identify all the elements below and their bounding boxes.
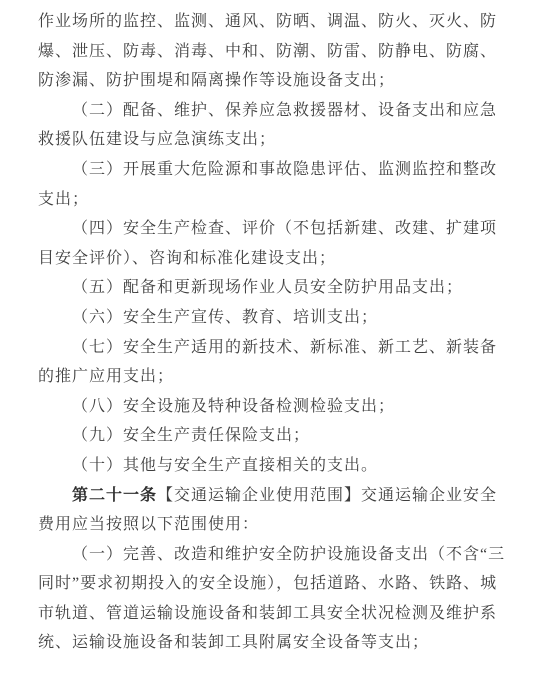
article-heading-rest: 交通运输企业安全: [361, 487, 497, 504]
list-item-6-line: （六）安全生产宣传、教育、培训支出；: [38, 303, 500, 333]
text-line: 目安全评价）、咨询和标准化建设支出；: [38, 244, 500, 274]
text-line: 作业场所的监控、监测、通风、防晒、调温、防火、灭火、防: [38, 7, 500, 37]
article-21-heading-line: 第二十一条【交通运输企业使用范围】交通运输企业安全: [38, 481, 500, 511]
list-item-1-line: （一）完善、改造和维护安全防护设施设备支出（不含“三: [38, 540, 500, 570]
list-item-7-line: （七）安全生产适用的新技术、新标准、新工艺、新装备: [38, 333, 500, 363]
text-line: 支出；: [38, 185, 500, 215]
list-item-4-line: （四）安全生产检查、评价（不包括新建、改建、扩建项: [38, 214, 500, 244]
article-number: 第二十一条: [72, 487, 157, 504]
text-line: 统、运输设施设备和装卸工具附属安全设备等支出；: [38, 628, 500, 658]
list-item-8-line: （八）安全设施及特种设备检测检验支出；: [38, 392, 500, 422]
text-line: 市轨道、管道运输设施设备和装卸工具安全状况检测及维护系: [38, 599, 500, 629]
text-line: 同时”要求初期投入的安全设施），包括道路、水路、铁路、城: [38, 569, 500, 599]
article-bracket-title: 【交通运输企业使用范围】: [157, 487, 361, 504]
list-item-5-line: （五）配备和更新现场作业人员安全防护用品支出；: [38, 273, 500, 303]
document-page: 作业场所的监控、监测、通风、防晒、调温、防火、灭火、防 爆、泄压、防毒、消毒、中…: [0, 0, 535, 676]
text-line: 救援队伍建设与应急演练支出；: [38, 125, 500, 155]
text-line: 爆、泄压、防毒、消毒、中和、防潮、防雷、防静电、防腐、: [38, 37, 500, 67]
list-item-9-line: （九）安全生产责任保险支出；: [38, 421, 500, 451]
list-item-10-line: （十）其他与安全生产直接相关的支出。: [38, 451, 500, 481]
document-text-block: 作业场所的监控、监测、通风、防晒、调温、防火、灭火、防 爆、泄压、防毒、消毒、中…: [38, 7, 500, 658]
text-line: 防渗漏、防护围堤和隔离操作等设施设备支出；: [38, 66, 500, 96]
text-line: 费用应当按照以下范围使用：: [38, 510, 500, 540]
text-line: 的推广应用支出；: [38, 362, 500, 392]
list-item-2-line: （二）配备、维护、保养应急救援器材、设备支出和应急: [38, 96, 500, 126]
list-item-3-line: （三）开展重大危险源和事故隐患评估、监测监控和整改: [38, 155, 500, 185]
